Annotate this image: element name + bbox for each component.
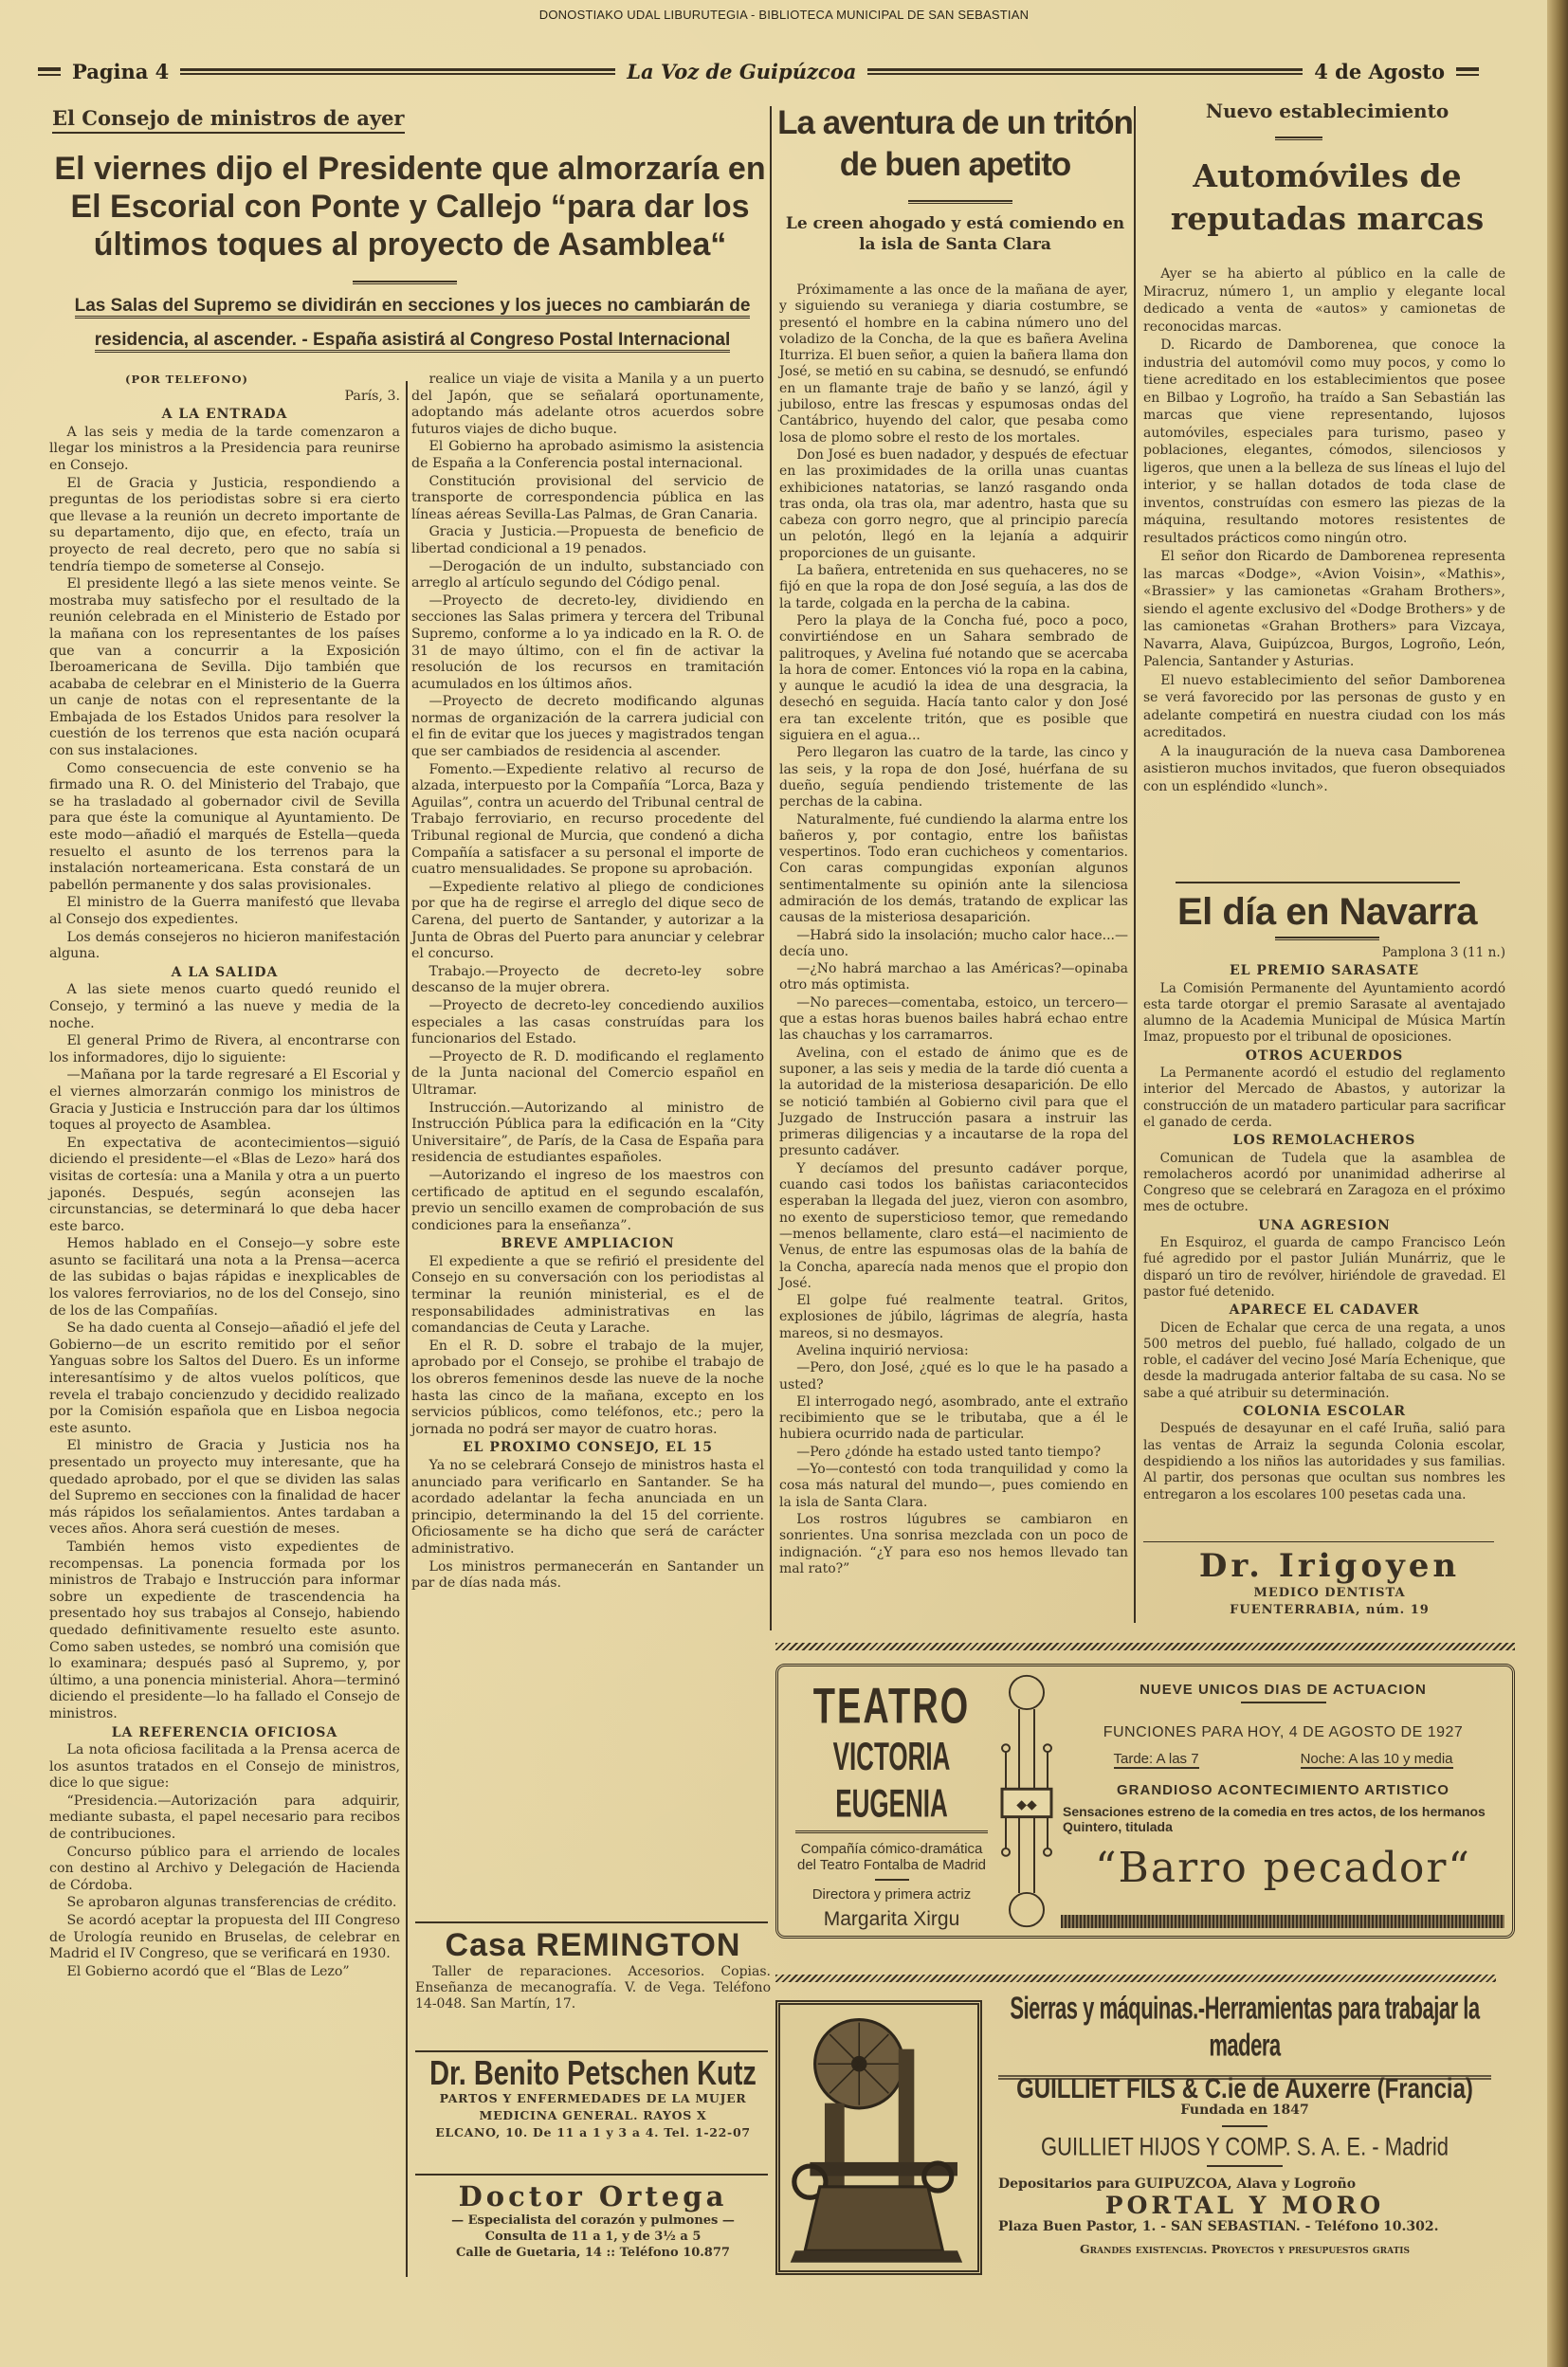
divider	[875, 1879, 909, 1881]
issue-date: 4 de Agosto	[1314, 60, 1445, 83]
paragraph: Don José es buen nadador, y después de e…	[779, 447, 1128, 562]
ad-line: FUENTERRABIA, núm. 19	[1147, 1602, 1512, 1619]
kicker-rule	[1275, 137, 1322, 140]
ad-line: MEDICINA GENERAL. RAYOS X	[415, 2107, 771, 2124]
masthead-rule	[180, 68, 615, 75]
triton-subheadline: Le creen ahogado y está comiendo en la i…	[782, 213, 1128, 255]
paragraph: El expediente a que se refirió el presid…	[411, 1254, 764, 1338]
paragraph: A las siete menos cuarto quedó reunido e…	[49, 982, 400, 1032]
ad-line: Consulta de 11 a 1, y de 3½ a 5	[415, 2229, 771, 2245]
paragraph: El Gobierno acordó que el “Blas de Lezo”	[49, 1964, 400, 1981]
ad-dr-irigoyen: Dr. Irigoyen MEDICO DENTISTA FUENTERRABI…	[1147, 1547, 1512, 1619]
divider	[1207, 2165, 1283, 2167]
navarra-body: Pamplona 3 (11 n.) EL PREMIO SARASATELa …	[1143, 945, 1505, 1504]
paragraph: —Proyecto de R. D. modificando el reglam…	[411, 1049, 764, 1100]
ad-line: — Especialista del corazón y pulmones —	[415, 2212, 771, 2229]
paragraph: Fomento.—Expediente relativo al recurso …	[411, 762, 764, 879]
autos-kicker: Nuevo establecimiento	[1138, 100, 1517, 122]
teatro-premiere: Sensaciones estreno de la comedia en tre…	[1063, 1804, 1504, 1834]
paragraph: Próximamente a las once de la mañana de …	[779, 282, 1128, 446]
paragraph: También hemos visto expedientes de recom…	[49, 1539, 400, 1723]
paragraph: —Proyecto de decreto-ley concediendo aux…	[411, 998, 764, 1048]
paragraph: Pero llegaron las cuatro de la tarde, la…	[779, 745, 1128, 810]
paragraph: El nuevo establecimiento del señor Dambo…	[1143, 672, 1505, 742]
paragraph: Hemos hablado en el Consejo—y sobre este…	[49, 1236, 400, 1320]
teatro-days: NUEVE UNICOS DIAS DE ACTUACION	[1063, 1682, 1504, 1698]
subsection-heading: EL PROXIMO CONSEJO, EL 15	[411, 1440, 764, 1457]
sierras-headline: Sierras y máquinas.-Herramientas para tr…	[998, 1978, 1491, 2080]
paragraph: —Autorizando el ingreso de los maestros …	[411, 1168, 764, 1234]
headline-rule	[908, 200, 1012, 204]
paragraph: —Mañana por la tarde regresaré a El Esco…	[49, 1067, 400, 1134]
ad-title: Dr. Benito Petschen Kutz	[415, 2055, 771, 2094]
sierras-spanish-company: GUILLIET HIJOS Y COMP. S. A. E. - Madrid	[998, 2132, 1491, 2161]
paragraph: En expectativa de acontecimientos—siguió…	[49, 1136, 400, 1236]
masthead-rule-right	[1456, 67, 1479, 76]
ad-casa-remington: Casa REMINGTON Taller de reparaciones. A…	[415, 1927, 771, 2012]
svg-text:◆◆: ◆◆	[1016, 1797, 1037, 1812]
teatro-program: NUEVE UNICOS DIAS DE ACTUACION FUNCIONES…	[1063, 1682, 1504, 1892]
article-subheadline: Las Salas del Supremo se dividirán en se…	[52, 289, 773, 357]
paragraph: Como consecuencia de este convenio se ha…	[49, 761, 400, 895]
paragraph: Se aprobaron algunas transferencias de c…	[49, 1895, 400, 1912]
paragraph: Gracia y Justicia.—Propuesta de benefici…	[411, 524, 764, 557]
paragraph: Pero la playa de la Concha fué, poco a p…	[779, 613, 1128, 744]
column-divider	[406, 381, 408, 2277]
ad-dr-petschen: Dr. Benito Petschen Kutz PARTOS Y ENFERM…	[415, 2053, 771, 2141]
ornamental-border	[775, 1643, 1515, 1650]
headline-rule	[353, 281, 457, 284]
paragraph: —Derogación de un indulto, substanciado …	[411, 559, 764, 592]
sierras-company: GUILLIET FILS & C.ie de Auxerre (Francia…	[998, 2073, 1491, 2106]
paragraph: Se ha dado cuenta al Consejo—añadió el j…	[49, 1320, 400, 1437]
ad-divider	[415, 1921, 768, 1923]
paragraph: Se acordó aceptar la propuesta del III C…	[49, 1913, 400, 1963]
ad-line: MEDICO DENTISTA	[1147, 1585, 1512, 1602]
paragraph: —Yo—contestó con toda tranquilidad y com…	[779, 1462, 1128, 1511]
ad-guilliet-sierras: Sierras y máquinas.-Herramientas para tr…	[775, 1995, 1515, 2318]
teatro-director-label: Directora y primera actriz	[790, 1886, 994, 1903]
sierras-depositarios: Depositarios para GUIPUZCOA, Alava y Log…	[998, 2176, 1491, 2192]
divider	[795, 1830, 988, 1833]
paragraph: Ya no se celebrará Consejo de ministros …	[411, 1458, 764, 1558]
paragraph: El de Gracia y Justicia, respondiendo a …	[49, 476, 400, 576]
source-tag: (POR TELEFONO)	[125, 372, 400, 389]
teatro-star: Margarita Xirgu	[790, 1908, 994, 1931]
consejo-column-2: realice un viaje de visita a Manila y a …	[411, 372, 764, 1593]
ad-title: Dr. Irigoyen	[1147, 1547, 1512, 1585]
subsection-heading: COLONIA ESCOLAR	[1143, 1404, 1505, 1420]
paragraph: La Permanente acordó el estudio del regl…	[1143, 1065, 1505, 1131]
paragraph: Y decíamos del presunto cadáver porque, …	[779, 1161, 1128, 1292]
paragraph: Ayer se ha abierto al público en la call…	[1143, 265, 1505, 336]
paragraph: El ministro de Gracia y Justicia nos ha …	[49, 1438, 400, 1539]
triton-headline: La aventura de un tritón de buen apetito	[777, 102, 1133, 186]
page-binding-edge	[1547, 0, 1568, 2367]
teatro-company: Compañía cómico-dramática del Teatro Fon…	[790, 1841, 994, 1873]
headline-rule	[1275, 937, 1379, 940]
paragraph: La bañera, entretenida en sus quehaceres…	[779, 563, 1128, 612]
paragraph: “Presidencia.—Autorización para adquirir…	[49, 1793, 400, 1844]
paragraph: —¿No habrá marchao a las Américas?—opina…	[779, 961, 1128, 994]
ad-title: Casa REMINGTON	[415, 1927, 771, 1964]
subsection-heading: EL PREMIO SARASATE	[1143, 963, 1505, 979]
ad-line: ELCANO, 10. De 11 a 1 y 3 a 4. Tel. 1-22…	[415, 2124, 771, 2141]
masthead-rule	[867, 68, 1303, 75]
subheadline-line-1: Las Salas del Supremo se dividirán en se…	[75, 296, 751, 319]
column-divider	[1134, 106, 1136, 1623]
decorative-bar	[1061, 1915, 1504, 1928]
ad-divider	[1143, 1541, 1494, 1542]
teatro-functions: FUNCIONES PARA HOY, 4 DE AGOSTO DE 1927	[1063, 1724, 1504, 1741]
paragraph: El Gobierno ha aprobado asimismo la asis…	[411, 439, 764, 472]
subsection-heading: A LA SALIDA	[49, 965, 400, 982]
ad-doctor-ortega: Doctor Ortega — Especialista del corazón…	[415, 2180, 771, 2261]
paragraph: La Comisión Permanente del Ayuntamiento …	[1143, 981, 1505, 1047]
subsection-heading: LA REFERENCIA OFICIOSA	[49, 1725, 400, 1742]
masthead-rule-left	[38, 67, 61, 76]
paragraph: D. Ricardo de Damborenea, que conoce la …	[1143, 337, 1505, 547]
paragraph: El señor don Ricardo de Damborenea repre…	[1143, 548, 1505, 671]
paragraph: —Proyecto de decreto modificando algunas…	[411, 694, 764, 760]
band-saw-illustration	[775, 2000, 982, 2275]
showtime-night: Noche: A las 10 y media	[1301, 1751, 1453, 1769]
section-divider	[1176, 882, 1460, 883]
paragraph: Dicen de Echalar que cerca de una regata…	[1143, 1320, 1505, 1402]
paragraph: A la inauguración de la nueva casa Dambo…	[1143, 743, 1505, 796]
paragraph: El golpe fué realmente teatral. Gritos, …	[779, 1293, 1128, 1342]
subsection-heading: APARECE EL CADAVER	[1143, 1302, 1505, 1319]
ad-title: Doctor Ortega	[415, 2180, 771, 2212]
paragraph: —No pareces—comentaba, estoico, un terce…	[779, 995, 1128, 1045]
paragraph: La nota oficiosa facilitada a la Prensa …	[49, 1742, 400, 1793]
sierras-dealer: PORTAL Y MORO	[998, 2192, 1491, 2219]
newspaper-title: La Voz de Guipúzcoa	[627, 60, 856, 83]
art-nouveau-ornament-icon: ◆◆	[998, 1666, 1055, 1936]
subsection-heading: UNA AGRESION	[1143, 1218, 1505, 1234]
sierras-info: Sierras y máquinas.-Herramientas para tr…	[998, 1995, 1491, 2256]
sierras-footer: Grandes existencias. Proyectos y presupu…	[998, 2242, 1491, 2256]
ad-divider	[415, 2174, 768, 2176]
section-kicker: El Consejo de ministros de ayer	[52, 106, 405, 134]
subsection-heading: LOS REMOLACHEROS	[1143, 1133, 1505, 1149]
archive-banner: DONOSTIAKO UDAL LIBURUTEGIA - BIBLIOTECA…	[0, 8, 1568, 22]
autos-body: Ayer se ha abierto al público en la call…	[1143, 265, 1505, 796]
paragraph: El presidente llegó a las siete menos ve…	[49, 576, 400, 760]
paragraph: —Habrá sido la insolación; mucho calor h…	[779, 928, 1128, 961]
paragraph: Comunican de Tudela que la asamblea de r…	[1143, 1151, 1505, 1216]
teatro-title: TEATRO	[790, 1679, 994, 1736]
navarra-dateline: Pamplona 3 (11 n.)	[1143, 945, 1505, 961]
subsection-heading: OTROS ACUERDOS	[1143, 1048, 1505, 1065]
paragraph: Trabajo.—Proyecto de decreto-ley sobre d…	[411, 964, 764, 997]
paragraph: —Proyecto de decreto-ley, dividiendo en …	[411, 593, 764, 694]
page-number: Pagina 4	[72, 60, 169, 83]
paragraph: —Pero ¿dónde ha estado usted tanto tiemp…	[779, 1445, 1128, 1461]
teatro-showtimes: Tarde: A las 7 Noche: A las 10 y media	[1063, 1751, 1504, 1769]
paragraph: Concurso público para el arriendo de loc…	[49, 1845, 400, 1895]
teatro-info: TEATRO VICTORIA EUGENIA Compañía cómico-…	[790, 1676, 994, 1931]
teatro-name: VICTORIA EUGENIA	[790, 1733, 994, 1827]
ad-body: Taller de reparaciones. Accesorios. Copi…	[415, 1964, 771, 2012]
divider	[1241, 1702, 1326, 1703]
divider	[1222, 2125, 1267, 2127]
subsection-heading: A LA ENTRADA	[49, 407, 400, 424]
subheadline-line-2: residencia, al ascender. - España asisti…	[95, 330, 731, 353]
paragraph: —Pero, don José, ¿qué es lo que le ha pa…	[779, 1360, 1128, 1393]
paragraph: Los demás consejeros no hicieron manifes…	[49, 930, 400, 963]
ad-teatro-victoria-eugenia: TEATRO VICTORIA EUGENIA Compañía cómico-…	[775, 1664, 1515, 1939]
paragraph: Avelina inquirió nerviosa:	[779, 1343, 1128, 1359]
paragraph: Los rostros lúgubres se cambiaron en son…	[779, 1512, 1128, 1577]
paragraph: El interrogado negó, asombrado, ante el …	[779, 1394, 1128, 1444]
consejo-column-1: (POR TELEFONO) París, 3. A LA ENTRADAA l…	[49, 372, 400, 1981]
paragraph: Instrucción.—Autorizando al ministro de …	[411, 1101, 764, 1167]
autos-headline: Automóviles de reputadas marcas	[1142, 155, 1512, 240]
paragraph: El ministro de la Guerra manifestó que l…	[49, 895, 400, 928]
teatro-event: GRANDIOSO ACONTECIMIENTO ARTISTICO	[1063, 1782, 1504, 1798]
ad-divider	[415, 2050, 768, 2052]
article-headline: El viernes dijo el Presidente que almorz…	[47, 150, 773, 264]
dateline: París, 3.	[49, 389, 400, 406]
navarra-headline: El día en Navarra	[1142, 891, 1512, 934]
paragraph: Los ministros permanecerán en Santander …	[411, 1559, 764, 1593]
paragraph: Naturalmente, fué cundiendo la alarma en…	[779, 812, 1128, 927]
teatro-play-title: “Barro pecador“	[1063, 1844, 1504, 1892]
showtime-afternoon: Tarde: A las 7	[1114, 1751, 1199, 1769]
sierras-address: Plaza Buen Pastor, 1. - SAN SEBASTIAN. -…	[998, 2219, 1491, 2234]
triton-body: Próximamente a las once de la mañana de …	[779, 282, 1128, 1578]
paragraph: En el R. D. sobre el trabajo de la mujer…	[411, 1338, 764, 1439]
paragraph: El general Primo de Rivera, al encontrar…	[49, 1033, 400, 1066]
paragraph: realice un viaje de visita a Manila y a …	[411, 372, 764, 438]
subsection-heading: BREVE AMPLIACION	[411, 1236, 764, 1253]
paragraph: Avelina, con el estado de ánimo que es d…	[779, 1046, 1128, 1160]
band-saw-icon	[780, 2005, 977, 2270]
paragraph: Después de desayunar en el café Iruña, s…	[1143, 1421, 1505, 1502]
paragraph: En Esquiroz, el guarda de campo Francisc…	[1143, 1235, 1505, 1301]
paragraph: —Expediente relativo al pliego de condic…	[411, 880, 764, 963]
ad-line: Calle de Guetaria, 14 :: Teléfono 10.877	[415, 2245, 771, 2261]
masthead: Pagina 4 La Voz de Guipúzcoa 4 de Agosto	[38, 57, 1479, 85]
paragraph: Constitución provisional del servicio de…	[411, 474, 764, 524]
paragraph: A las seis y media de la tarde comenzaro…	[49, 425, 400, 475]
